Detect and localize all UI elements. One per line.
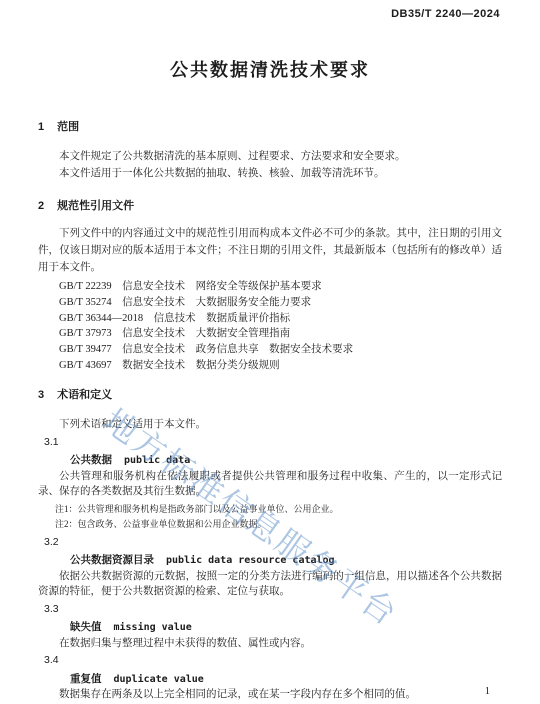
term-name-en: missing value bbox=[114, 622, 192, 633]
section-3-heading: 3术语和定义 bbox=[38, 386, 502, 402]
section-1-label: 范围 bbox=[57, 121, 79, 133]
section-3-intro: 下列术语和定义适用于本文件。 bbox=[38, 416, 502, 433]
normative-reference-list: GB/T 22239 信息安全技术 网络安全等级保护基本要求 GB/T 3527… bbox=[38, 279, 502, 374]
term-note: 注2：包含政务、公益事业单位数据和公用企业数据。 bbox=[55, 517, 502, 533]
term-entry: 3.2 公共数据资源目录public data resource catalog… bbox=[38, 535, 502, 600]
term-definition: 数据集存在两条及以上完全相同的记录，或在某一字段内存在多个相同的值。 bbox=[38, 687, 502, 703]
document-page: 地方标准信息服务平台 DB35/T 2240—2024 公共数据清洗技术要求 1… bbox=[0, 0, 540, 704]
reference-item: GB/T 43697 数据安全技术 数据分类分级规则 bbox=[38, 358, 502, 374]
term-name-en: public data bbox=[124, 455, 190, 466]
term-entry: 3.3 缺失值missing value 在数据归集与整理过程中未获得的数值、属… bbox=[38, 602, 502, 652]
term-definition: 在数据归集与整理过程中未获得的数值、属性或内容。 bbox=[38, 636, 502, 652]
term-definition: 依据公共数据资源的元数据，按照一定的分类方法进行编码的一组信息，用以描述各个公共… bbox=[38, 569, 502, 600]
term-note: 注1：公共管理和服务机构是指政务部门以及公益事业单位、公用企业。 bbox=[55, 502, 502, 518]
term-entry: 3.4 重复值duplicate value 数据集存在两条及以上完全相同的记录… bbox=[38, 653, 502, 703]
section-1-heading: 1范围 bbox=[38, 118, 502, 134]
page-title: 公共数据清洗技术要求 bbox=[38, 0, 502, 82]
term-definition: 公共管理和服务机构在依法履职或者提供公共管理和服务过程中收集、产生的，以一定形式… bbox=[38, 469, 502, 500]
reference-item: GB/T 37973 信息安全技术 大数据安全管理指南 bbox=[38, 326, 502, 342]
term-number: 3.2 bbox=[44, 535, 502, 551]
term-title: 缺失值missing value bbox=[38, 618, 502, 636]
term-name-en: duplicate value bbox=[114, 674, 204, 685]
term-title: 公共数据public data bbox=[38, 451, 502, 469]
term-number: 3.4 bbox=[44, 653, 502, 669]
reference-item: GB/T 36344—2018 信息技术 数据质量评价指标 bbox=[38, 311, 502, 327]
term-name-zh: 重复值 bbox=[70, 673, 102, 685]
term-name-en: public data resource catalog bbox=[166, 555, 335, 566]
reference-item: GB/T 39477 信息安全技术 政务信息共享 数据安全技术要求 bbox=[38, 342, 502, 358]
term-entry: 3.1 公共数据public data 公共管理和服务机构在依法履职或者提供公共… bbox=[38, 435, 502, 533]
section-2-heading: 2规范性引用文件 bbox=[38, 197, 502, 213]
reference-item: GB/T 35274 信息安全技术 大数据服务安全能力要求 bbox=[38, 295, 502, 311]
section-3-number: 3 bbox=[38, 389, 44, 401]
term-name-zh: 公共数据资源目录 bbox=[70, 554, 154, 566]
reference-item: GB/T 22239 信息安全技术 网络安全等级保护基本要求 bbox=[38, 279, 502, 295]
section-2-label: 规范性引用文件 bbox=[57, 200, 134, 212]
section-1-paragraph: 本文件规定了公共数据清洗的基本原则、过程要求、方法要求和安全要求。 bbox=[38, 148, 502, 165]
term-title: 公共数据资源目录public data resource catalog bbox=[38, 551, 502, 569]
section-1-paragraph: 本文件适用于一体化公共数据的抽取、转换、核验、加载等清洗环节。 bbox=[38, 165, 502, 182]
document-content: 公共数据清洗技术要求 1范围 本文件规定了公共数据清洗的基本原则、过程要求、方法… bbox=[0, 0, 540, 703]
section-2-intro: 下列文件中的内容通过文中的规范性引用而构成本文件必不可少的条款。其中，注日期的引… bbox=[38, 225, 502, 276]
section-3-label: 术语和定义 bbox=[57, 389, 112, 401]
term-title: 重复值duplicate value bbox=[38, 670, 502, 688]
page-number: 1 bbox=[485, 686, 490, 697]
term-number: 3.3 bbox=[44, 602, 502, 618]
term-name-zh: 公共数据 bbox=[70, 454, 112, 466]
section-2-number: 2 bbox=[38, 200, 44, 212]
term-name-zh: 缺失值 bbox=[70, 621, 102, 633]
section-1-number: 1 bbox=[38, 121, 44, 133]
term-number: 3.1 bbox=[44, 435, 502, 451]
